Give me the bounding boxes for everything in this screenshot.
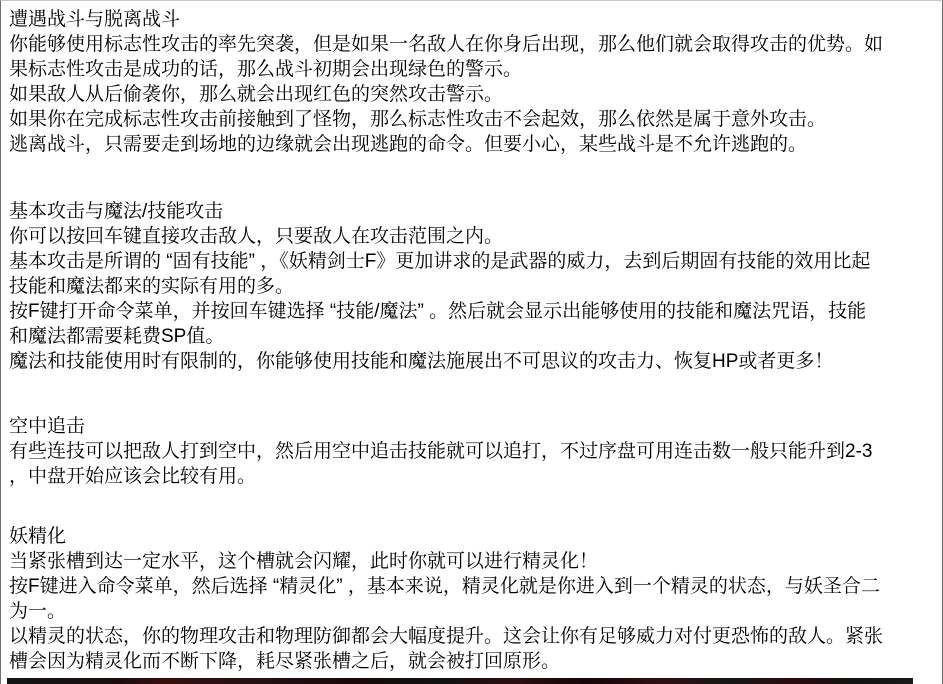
text-line: 槽会因为精灵化而不断下降，耗尽紧张槽之后，就会被打回原形。 xyxy=(9,649,938,674)
text-line: 如果你在完成标志性攻击前接触到了怪物，那么标志性攻击不会起效，那么依然是属于意外… xyxy=(9,107,938,132)
text-line: ，中盘开始应该会比较有用。 xyxy=(9,464,938,489)
section-basic-attack-magic-skill: 基本攻击与魔法/技能攻击 你可以按回车键直接攻击敌人，只要敌人在攻击范围之内。 … xyxy=(9,199,938,374)
text-line: 有些连技可以把敌人打到空中，然后用空中追击技能就可以追打，不过序盘可用连击数一般… xyxy=(9,439,938,464)
text-line: 逃离战斗，只需要走到场地的边缘就会出现逃跑的命令。但要小心，某些战斗是不允许逃跑… xyxy=(9,132,938,157)
section-heading: 遭遇战斗与脱离战斗 xyxy=(9,7,938,32)
section-heading: 基本攻击与魔法/技能攻击 xyxy=(9,199,938,224)
section-air-chase: 空中追击 有些连技可以把敌人打到空中，然后用空中追击技能就可以追打，不过序盘可用… xyxy=(9,414,938,489)
text-line: 基本攻击是所谓的 “固有技能” ，《妖精剑士F》更加讲求的是武器的威力，去到后期… xyxy=(9,249,938,274)
text-line: 果标志性攻击是成功的话，那么战斗初期会出现绿色的警示。 xyxy=(9,57,938,82)
text-line: 技能和魔法都来的实际有用的多。 xyxy=(9,274,938,299)
text-line: 按F键打开命令菜单，并按回车键选择 “技能/魔法” 。然后就会显示出能够使用的技… xyxy=(9,299,938,324)
section-fairize: 妖精化 当紧张槽到达一定水平，这个槽就会闪耀，此时你就可以进行精灵化！ 按F键进… xyxy=(9,524,938,674)
text-line: 按F键进入命令菜单，然后选择 “精灵化” ，基本来说，精灵化就是你进入到一个精灵… xyxy=(9,574,938,599)
text-line: 以精灵的状态，你的物理攻击和物理防御都会大幅度提升。这会让你有足够威力对付更恐怖… xyxy=(9,624,938,649)
text-line: 如果敌人从后偷袭你，那么就会出现红色的突然攻击警示。 xyxy=(9,82,938,107)
guide-text-document: 遭遇战斗与脱离战斗 你能够使用标志性攻击的率先突袭，但是如果一名敌人在你身后出现… xyxy=(0,0,943,684)
section-heading: 空中追击 xyxy=(9,414,938,439)
text-line: 和魔法都需要耗费SP值。 xyxy=(9,324,938,349)
section-heading: 妖精化 xyxy=(9,524,938,549)
text-line: 当紧张槽到达一定水平，这个槽就会闪耀，此时你就可以进行精灵化！ xyxy=(9,549,938,574)
text-line: 魔法和技能使用时有限制的，你能够使用技能和魔法施展出不可思议的攻击力、恢复HP或… xyxy=(9,349,938,374)
text-line: 你能够使用标志性攻击的率先突袭，但是如果一名敌人在你身后出现，那么他们就会取得攻… xyxy=(9,32,938,57)
section-encounter-battle: 遭遇战斗与脱离战斗 你能够使用标志性攻击的率先突袭，但是如果一名敌人在你身后出现… xyxy=(9,7,938,157)
text-line: 你可以按回车键直接攻击敌人，只要敌人在攻击范围之内。 xyxy=(9,224,938,249)
clipped-next-line xyxy=(7,678,913,684)
text-line: 为一。 xyxy=(9,599,938,624)
